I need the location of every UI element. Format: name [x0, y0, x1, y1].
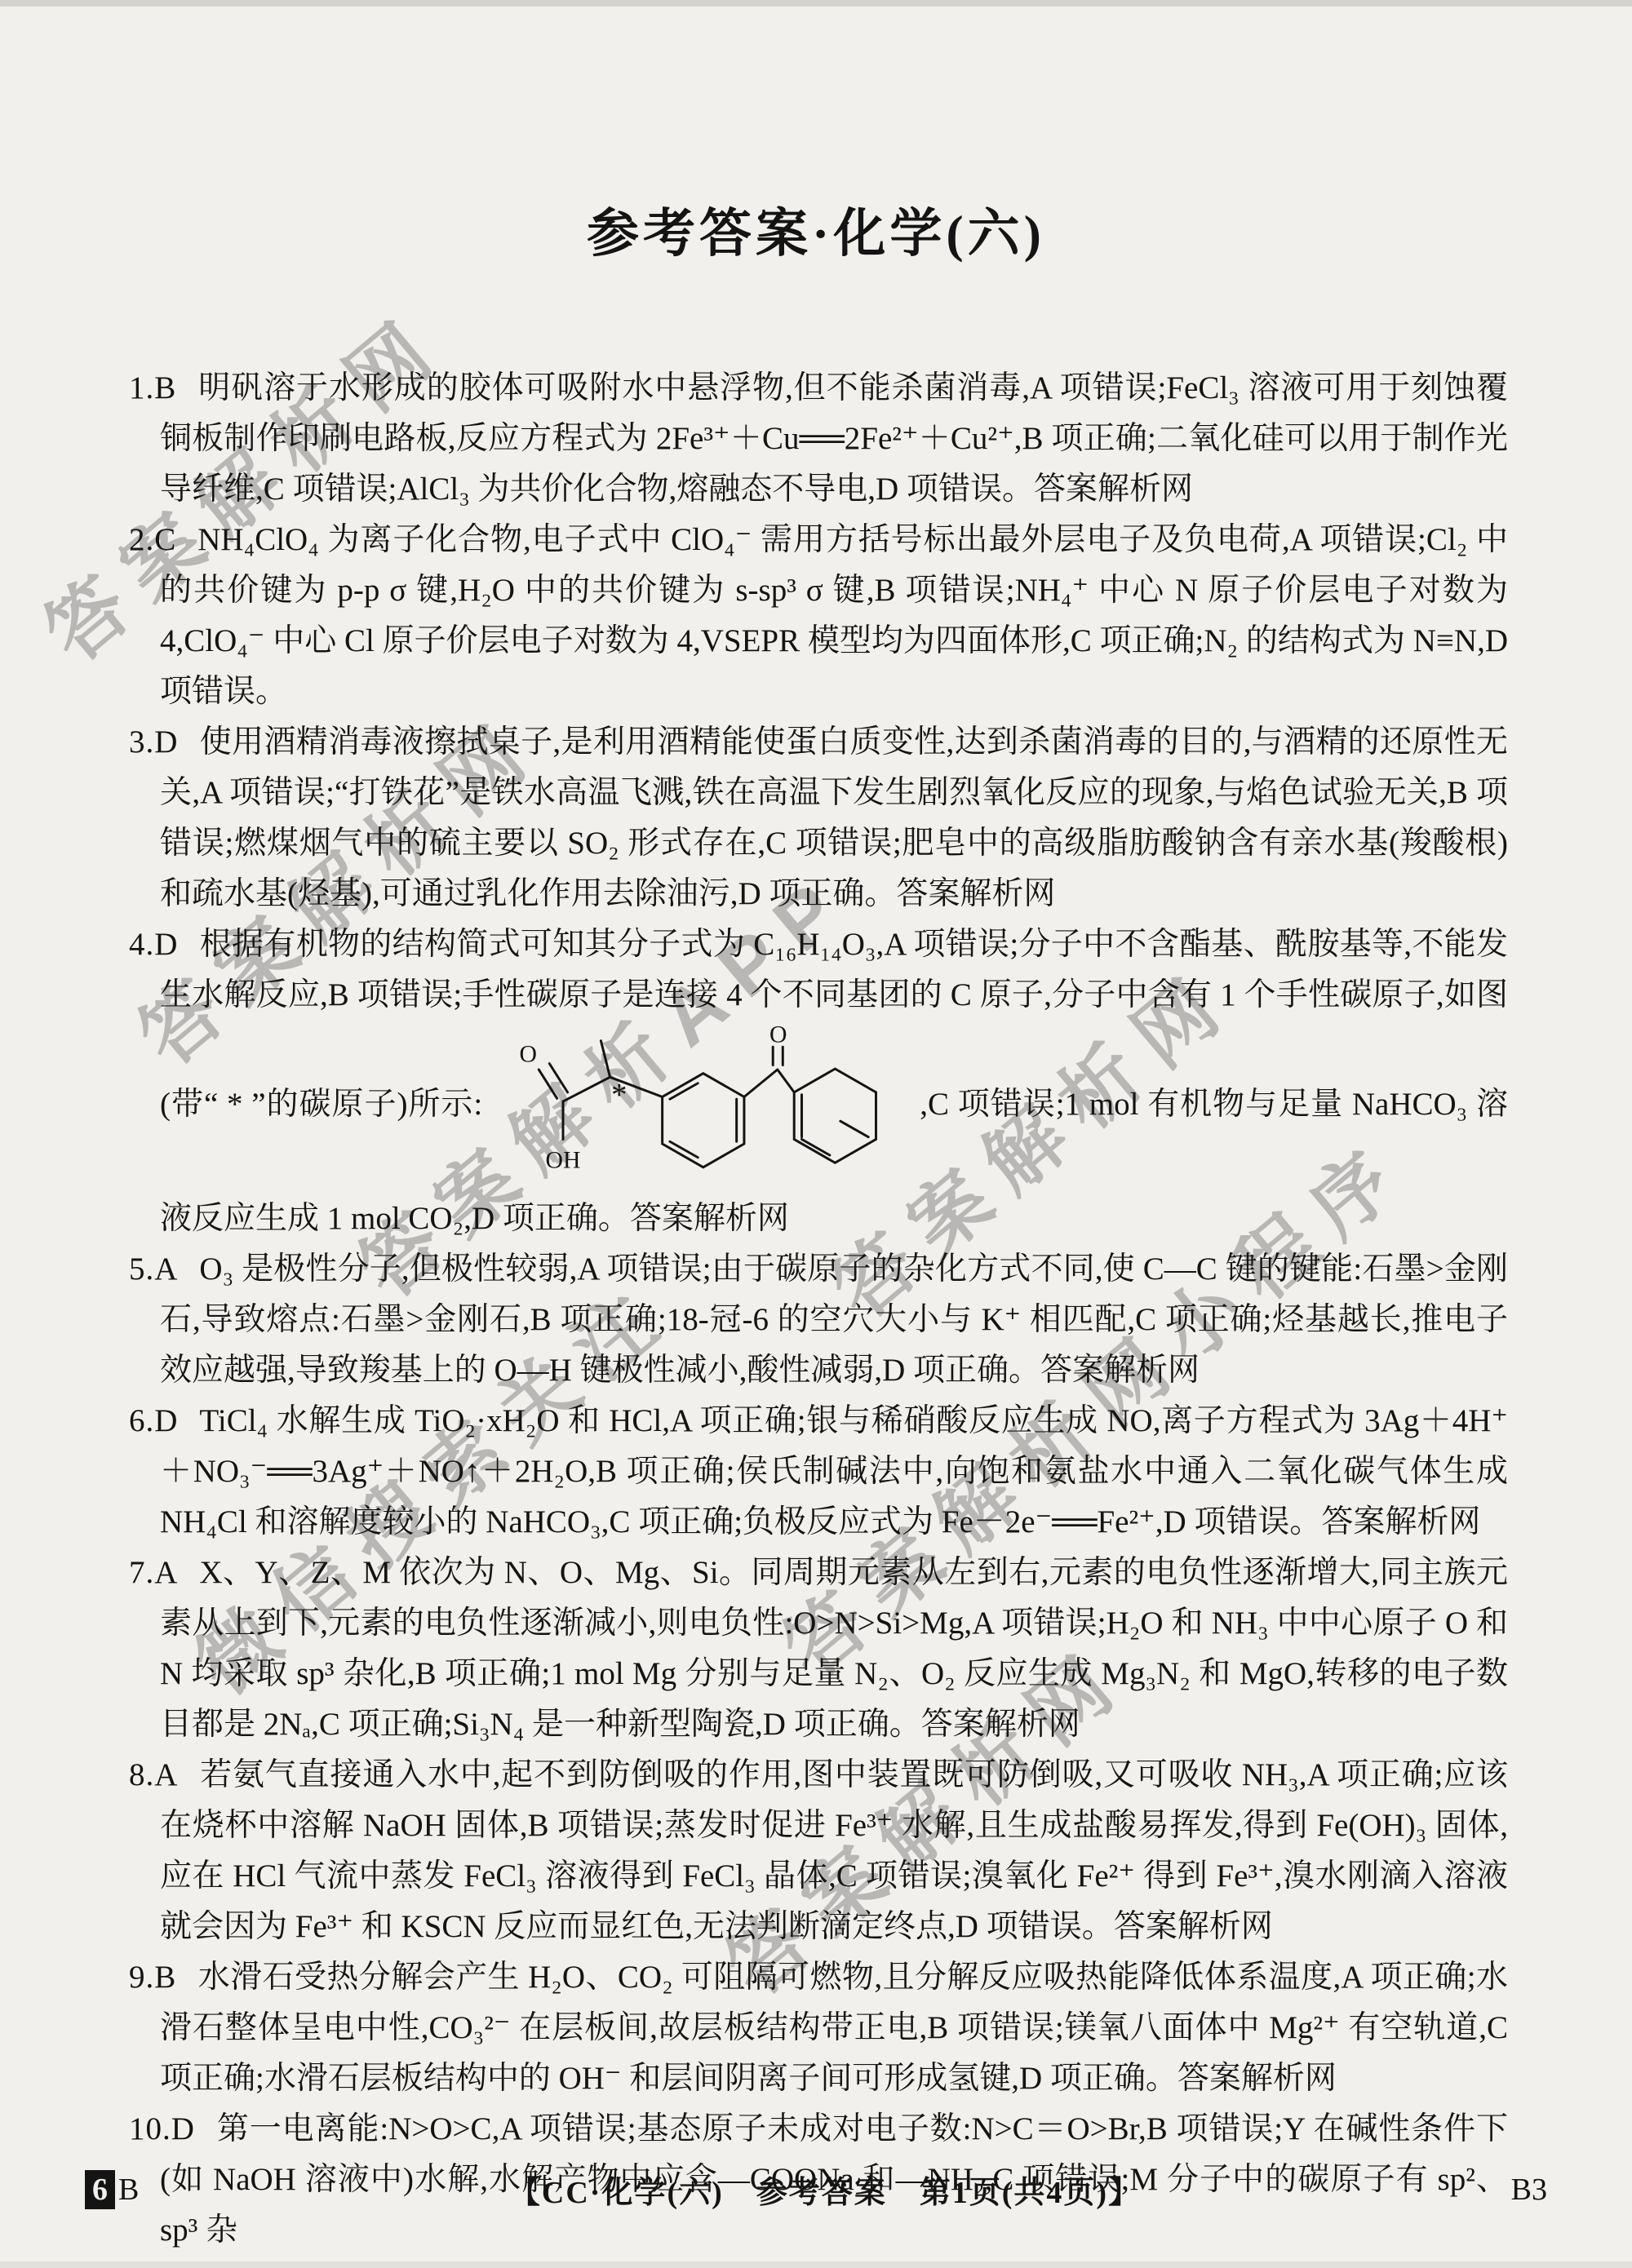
scan-edge-bottom	[0, 2261, 1632, 2268]
footer-page-info: 【CC·化学(六) 参考答案 第1页(共4页)】	[509, 2167, 1141, 2212]
booklet-number-box: 6	[85, 2170, 115, 2209]
answer-text: X、Y、Z、M 依次为 N、O、Mg、Si。同周期元素从左到右,元素的电负性逐渐…	[160, 1555, 1508, 1742]
footer-sheet-code: B3	[1511, 2172, 1547, 2208]
answer-text: 使用酒精消毒液擦拭桌子,是利用酒精能使蛋白质变性,达到杀菌消毒的目的,与酒精的还…	[160, 724, 1508, 911]
answer-sheet-page: 答案解析网 答案解析网 答案解析APP 答案解析网 微信搜索关注 答案解析网小程…	[0, 0, 1632, 2268]
page-footer: 6B 【CC·化学(六) 参考答案 第1页(共4页)】 B3	[85, 2167, 1547, 2212]
answer-number: 1.B	[129, 370, 176, 405]
answer-number: 2.C	[129, 522, 176, 557]
answer-text: TiCl₄ 水解生成 TiO₂·xH₂O 和 HCl,A 项正确;银与稀硝酸反应…	[160, 1403, 1508, 1539]
answer-text: 若氨气直接通入水中,起不到防倒吸的作用,图中装置既可防倒吸,又可吸收 NH₃,A…	[160, 1757, 1508, 1944]
answer-item-3: 3.D使用酒精消毒液擦拭桌子,是利用酒精能使蛋白质变性,达到杀菌消毒的目的,与酒…	[129, 717, 1508, 919]
atom-label-oxygen: O	[520, 1042, 537, 1068]
answer-item-5: 5.AO₃ 是极性分子,但极性较弱,A 项错误;由于碳原子的杂化方式不同,使 C…	[129, 1244, 1508, 1396]
answers-section: 1.B明矾溶于水形成的胶体可吸附水中悬浮物,但不能杀菌消毒,A 项错误;FeCl…	[129, 363, 1508, 2256]
atom-label-hydroxyl: OH	[546, 1148, 581, 1174]
answer-number: 8.A	[129, 1757, 178, 1792]
answer-number: 10.D	[129, 2111, 195, 2146]
answer-number: 6.D	[129, 1403, 178, 1438]
answer-item-7: 7.AX、Y、Z、M 依次为 N、O、Mg、Si。同周期元素从左到右,元素的电负…	[129, 1548, 1508, 1750]
answer-item-1: 1.B明矾溶于水形成的胶体可吸附水中悬浮物,但不能杀菌消毒,A 项错误;FeCl…	[129, 363, 1508, 515]
chiral-carbon-mark: *	[611, 1078, 628, 1113]
answer-item-6: 6.DTiCl₄ 水解生成 TiO₂·xH₂O 和 HCl,A 项正确;银与稀硝…	[129, 1396, 1508, 1548]
answer-number: 7.A	[129, 1555, 178, 1590]
bond-lines	[539, 1041, 876, 1167]
answer-text: O₃ 是极性分子,但极性较弱,A 项错误;由于碳原子的杂化方式不同,使 C—C …	[160, 1251, 1508, 1388]
answer-item-9: 9.B水滑石受热分解会产生 H₂O、CO₂ 可阻隔可燃物,且分解反应吸热能降低体…	[129, 1952, 1508, 2104]
answer-number: 4.D	[129, 927, 178, 962]
answer-text: 明矾溶于水形成的胶体可吸附水中悬浮物,但不能杀菌消毒,A 项错误;FeCl₃ 溶…	[160, 370, 1508, 507]
footer-booklet-code: 6B	[85, 2170, 139, 2209]
answer-text: 水滑石受热分解会产生 H₂O、CO₂ 可阻隔可燃物,且分解反应吸热能降低体系温度…	[160, 1960, 1508, 2096]
answer-number: 3.D	[129, 724, 178, 760]
answer-number: 9.B	[129, 1960, 176, 1995]
answer-number: 5.A	[129, 1251, 178, 1287]
answer-item-2: 2.CNH₄ClO₄ 为离子化合物,电子式中 ClO₄⁻ 需用方括号标出最外层电…	[129, 515, 1508, 717]
answer-item-4: 4.D根据有机物的结构简式可知其分子式为 C₁₆H₁₄O₃,A 项错误;分子中不…	[129, 919, 1508, 1244]
organic-structure-figure: O OH O *	[489, 1025, 913, 1189]
booklet-letter: B	[118, 2172, 139, 2208]
atom-label-ketone-oxygen: O	[769, 1025, 787, 1048]
answer-item-8: 8.A若氨气直接通入水中,起不到防倒吸的作用,图中装置既可防倒吸,又可吸收 NH…	[129, 1750, 1508, 1952]
answer-text: NH₄ClO₄ 为离子化合物,电子式中 ClO₄⁻ 需用方括号标出最外层电子及负…	[160, 522, 1508, 709]
page-title: 参考答案·化学(六)	[0, 0, 1632, 267]
